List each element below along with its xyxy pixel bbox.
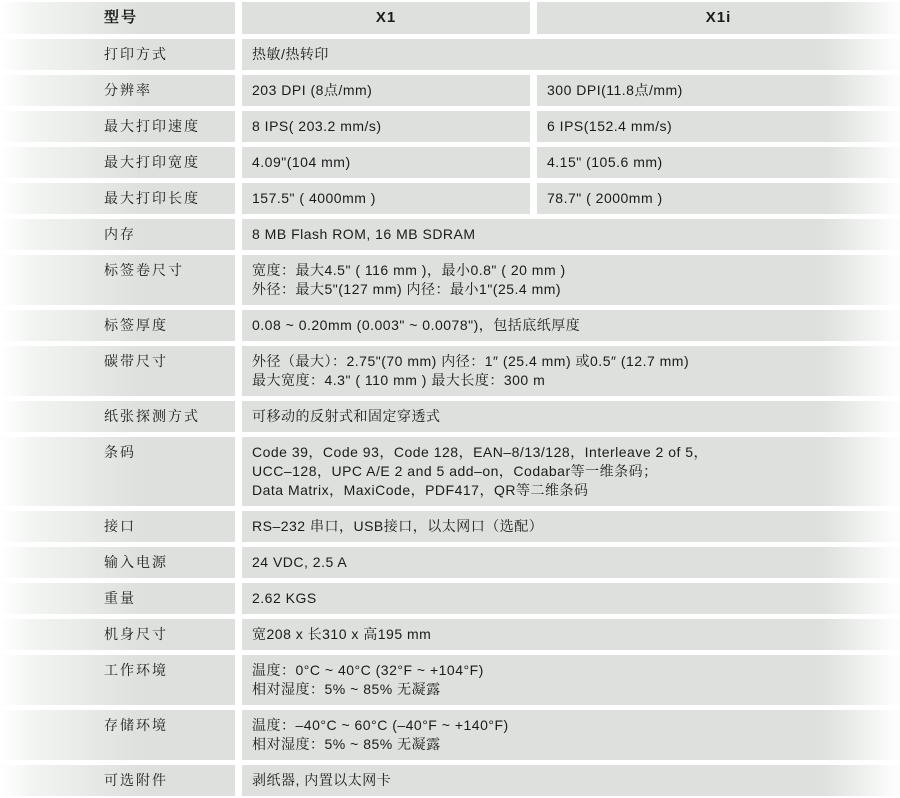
spec-value: 可移动的反射式和固定穿透式	[242, 401, 900, 432]
row-label: 最大打印宽度	[0, 147, 235, 178]
spec-value-line: Code 39，Code 93，Code 128，EAN–8/13/128，In…	[252, 443, 890, 462]
spec-row-storage-environment: 存储环境 温度：–40°C ~ 60°C (–40°F ~ +140°F) 相对…	[0, 710, 900, 760]
spec-value: 宽208 x 长310 x 高195 mm	[242, 619, 900, 650]
row-label: 输入电源	[0, 547, 235, 578]
row-label: 内存	[0, 219, 235, 250]
spec-value-line: UCC–128，UPC A/E 2 and 5 add–on，Codabar等一…	[252, 462, 890, 481]
spec-value: 热敏/热转印	[242, 39, 900, 70]
spec-value-x1i: 300 DPI(11.8点/mm)	[537, 75, 900, 106]
row-label: 工作环境	[0, 655, 235, 705]
spec-value: Code 39，Code 93，Code 128，EAN–8/13/128，In…	[242, 437, 900, 506]
row-label: 纸张探测方式	[0, 401, 235, 432]
printer-spec-table: 型号 X1 X1i 打印方式 热敏/热转印 分辨率 203 DPI (8点/mm…	[0, 2, 900, 798]
row-label: 碳带尺寸	[0, 346, 235, 396]
row-label: 可选附件	[0, 765, 235, 796]
spec-row-operating-environment: 工作环境 温度：0°C ~ 40°C (32°F ~ +104°F) 相对湿度：…	[0, 655, 900, 705]
spec-row-barcodes: 条码 Code 39，Code 93，Code 128，EAN–8/13/128…	[0, 437, 900, 506]
row-label: 重量	[0, 583, 235, 614]
row-label: 接口	[0, 511, 235, 542]
spec-row-memory: 内存 8 MB Flash ROM, 16 MB SDRAM	[0, 219, 900, 250]
spec-value-line: 温度：0°C ~ 40°C (32°F ~ +104°F)	[252, 661, 890, 680]
spec-value-x1: 157.5" ( 4000mm )	[242, 183, 530, 214]
row-label: 标签厚度	[0, 310, 235, 341]
spec-value: 外径（最大）：2.75"(70 mm) 内径：1″ (25.4 mm) 或0.5…	[242, 346, 900, 396]
spec-value-line: 相对湿度：5% ~ 85% 无凝露	[252, 735, 890, 754]
spec-row-label-thickness: 标签厚度 0.08 ~ 0.20mm (0.003" ~ 0.0078")，包括…	[0, 310, 900, 341]
spec-row-input-power: 输入电源 24 VDC, 2.5 A	[0, 547, 900, 578]
spec-value: 2.62 KGS	[242, 583, 900, 614]
spec-value: 剥纸器, 内置以太网卡	[242, 765, 900, 796]
spec-row-max-print-width: 最大打印宽度 4.09"(104 mm) 4.15" (105.6 mm)	[0, 147, 900, 178]
spec-row-dimensions: 机身尺寸 宽208 x 长310 x 高195 mm	[0, 619, 900, 650]
header-col-x1i: X1i	[537, 2, 900, 34]
header-col-x1: X1	[242, 2, 530, 34]
spec-row-label-roll-size: 标签卷尺寸 宽度：最大4.5" ( 116 mm )，最小0.8" ( 20 m…	[0, 255, 900, 305]
spec-row-weight: 重量 2.62 KGS	[0, 583, 900, 614]
spec-value-x1i: 78.7" ( 2000mm )	[537, 183, 900, 214]
spec-value-x1: 4.09"(104 mm)	[242, 147, 530, 178]
spec-row-media-sensing: 纸张探测方式 可移动的反射式和固定穿透式	[0, 401, 900, 432]
row-label: 最大打印速度	[0, 111, 235, 142]
spec-value-line: 外径（最大）：2.75"(70 mm) 内径：1″ (25.4 mm) 或0.5…	[252, 352, 890, 371]
row-label: 条码	[0, 437, 235, 506]
spec-value: 温度：–40°C ~ 60°C (–40°F ~ +140°F) 相对湿度：5%…	[242, 710, 900, 760]
row-label: 机身尺寸	[0, 619, 235, 650]
spec-row-optional-accessories: 可选附件 剥纸器, 内置以太网卡	[0, 765, 900, 796]
spec-value-x1: 8 IPS( 203.2 mm/s)	[242, 111, 530, 142]
spec-value: 0.08 ~ 0.20mm (0.003" ~ 0.0078")，包括底纸厚度	[242, 310, 900, 341]
spec-row-ribbon-size: 碳带尺寸 外径（最大）：2.75"(70 mm) 内径：1″ (25.4 mm)…	[0, 346, 900, 396]
row-label: 存储环境	[0, 710, 235, 760]
spec-value-x1i: 6 IPS(152.4 mm/s)	[537, 111, 900, 142]
spec-value-line: 外径：最大5"(127 mm) 内径：最小1"(25.4 mm)	[252, 280, 890, 299]
spec-value-line: 温度：–40°C ~ 60°C (–40°F ~ +140°F)	[252, 716, 890, 735]
header-model-label: 型号	[0, 2, 235, 34]
spec-value-line: 最大宽度：4.3" ( 110 mm ) 最大长度：300 m	[252, 371, 890, 390]
spec-value-x1: 203 DPI (8点/mm)	[242, 75, 530, 106]
row-label: 打印方式	[0, 39, 235, 70]
spec-row-max-print-speed: 最大打印速度 8 IPS( 203.2 mm/s) 6 IPS(152.4 mm…	[0, 111, 900, 142]
spec-row-resolution: 分辨率 203 DPI (8点/mm) 300 DPI(11.8点/mm)	[0, 75, 900, 106]
spec-row-interface: 接口 RS–232 串口，USB接口，以太网口（选配）	[0, 511, 900, 542]
spec-row-max-print-length: 最大打印长度 157.5" ( 4000mm ) 78.7" ( 2000mm …	[0, 183, 900, 214]
spec-value: 宽度：最大4.5" ( 116 mm )，最小0.8" ( 20 mm ) 外径…	[242, 255, 900, 305]
row-label: 标签卷尺寸	[0, 255, 235, 305]
spec-value-line: Data Matrix，MaxiCode，PDF417，QR等二维条码	[252, 481, 890, 500]
table-header-row: 型号 X1 X1i	[0, 2, 900, 34]
row-label: 分辨率	[0, 75, 235, 106]
spec-value: 24 VDC, 2.5 A	[242, 547, 900, 578]
spec-value-line: 宽度：最大4.5" ( 116 mm )，最小0.8" ( 20 mm )	[252, 261, 890, 280]
spec-value-x1i: 4.15" (105.6 mm)	[537, 147, 900, 178]
spec-row-print-method: 打印方式 热敏/热转印	[0, 39, 900, 70]
spec-value-line: 相对湿度：5% ~ 85% 无凝露	[252, 680, 890, 699]
row-label: 最大打印长度	[0, 183, 235, 214]
spec-value: RS–232 串口，USB接口，以太网口（选配）	[242, 511, 900, 542]
spec-value: 8 MB Flash ROM, 16 MB SDRAM	[242, 219, 900, 250]
spec-value: 温度：0°C ~ 40°C (32°F ~ +104°F) 相对湿度：5% ~ …	[242, 655, 900, 705]
